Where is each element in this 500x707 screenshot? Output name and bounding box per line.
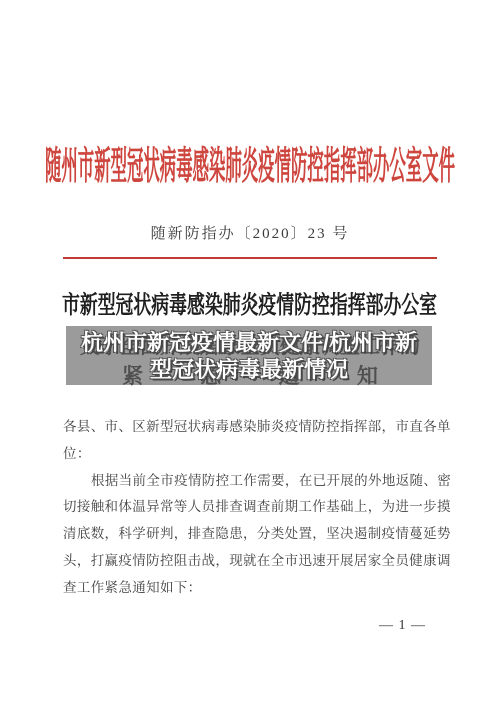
body-line: 头，打赢疫情防控阻击战，现就在全市迅速开展居家全员健康调 xyxy=(63,548,443,575)
letterhead-text: 随州市新型冠状病毒感染肺炎疫情防控指挥部办公室文件 xyxy=(45,134,455,190)
page-number: — 1 — xyxy=(379,618,426,634)
document-title-line1: 市新型冠状病毒感染肺炎疫情防控指挥部办公室 xyxy=(0,290,500,317)
body-line: 位： xyxy=(63,441,443,468)
watermark-line2: 型冠状病毒最新情况 xyxy=(150,356,348,383)
watermark-line1: 杭州市新冠疫情最新文件/杭州市新 xyxy=(81,329,417,356)
body-line: 查工作紧急通知如下： xyxy=(63,575,443,602)
watermark-banner: 杭州市新冠疫情最新文件/杭州市新 型冠状病毒最新情况 xyxy=(66,326,432,385)
red-letterhead-banner: 随州市新型冠状病毒感染肺炎疫情防控指挥部办公室文件 xyxy=(0,134,500,190)
red-divider-line xyxy=(63,257,437,259)
document-title-line1-text: 市新型冠状病毒感染肺炎疫情防控指挥部办公室 xyxy=(62,286,437,321)
document-number: 随新防指办〔2020〕23 号 xyxy=(0,222,500,243)
body-line: 切接触和体温异常等人员排查调查前期工作基础上，为进一步摸 xyxy=(63,494,443,521)
body-line: 清底数，科学研判，排查隐患，分类处置，坚决遏制疫情蔓延势 xyxy=(63,521,443,548)
body-line: 各县、市、区新型冠状病毒感染肺炎疫情防控指挥部，市直各单 xyxy=(63,414,443,441)
document-body: 各县、市、区新型冠状病毒感染肺炎疫情防控指挥部，市直各单 位： 根据当前全市疫情… xyxy=(63,414,443,602)
body-line: 根据当前全市疫情防控工作需要，在已开展的外地返随、密 xyxy=(63,468,443,495)
document-page: 随州市新型冠状病毒感染肺炎疫情防控指挥部办公室文件 随新防指办〔2020〕23 … xyxy=(0,0,500,707)
